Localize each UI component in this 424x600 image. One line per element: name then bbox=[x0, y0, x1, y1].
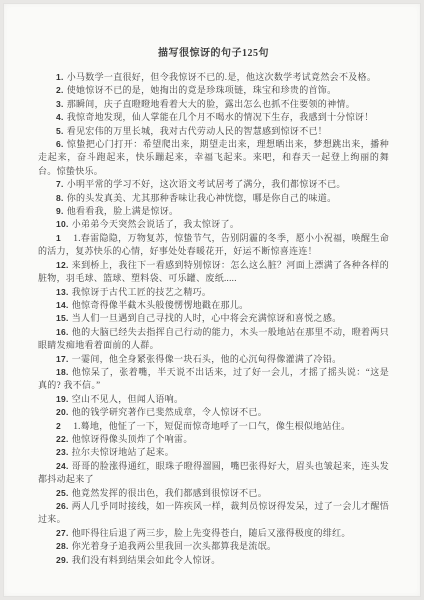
sentence-item: 18.他惊呆了，张着嘴，半天说不出话来，过了好一会儿，才摇了摇头说：“这是真的?… bbox=[38, 366, 389, 393]
sentence-text: 他惊呆了，张着嘴，半天说不出话来，过了好一会儿，才摇了摇头说：“这是真的? 我不… bbox=[38, 367, 389, 390]
sentence-number: 25. bbox=[56, 488, 69, 498]
sentence-item: 14.他惊奇得像半截木头般傻愣愣地戳在那儿。 bbox=[38, 299, 389, 312]
sentence-item: 23.拉尔夫惊讶地站了起来。 bbox=[38, 446, 389, 459]
sentence-item: 7.小明平常的学习不好，这次语文考试居考了满分，我们都惊讶不已。 bbox=[38, 178, 389, 191]
sentence-number: 1. bbox=[56, 72, 64, 82]
sentence-text: 拉尔夫惊讶地站了起来。 bbox=[72, 447, 174, 457]
sentence-number: 17. bbox=[56, 354, 69, 364]
sentence-number: 3. bbox=[56, 99, 64, 109]
sentence-number: 10. bbox=[56, 219, 69, 229]
sentence-text: 他惊奇得像半截木头般傻愣愣地戳在那儿。 bbox=[72, 300, 249, 310]
sentence-number: 6. bbox=[56, 139, 64, 149]
sentence-item: 28.你光着身子追我两公里我回一次头都算我是流氓。 bbox=[38, 540, 389, 553]
sentence-item: 12.来到桥上，我往下一看感到特别惊讶：怎么这么脏？河面上漂满了各种各样的脏物，… bbox=[38, 259, 389, 286]
sentence-number: 18. bbox=[56, 367, 69, 377]
sentence-text: 他的钱学研究著作已斐然成章，令人惊讶不已。 bbox=[72, 407, 267, 417]
sentence-number: 19. bbox=[56, 394, 69, 404]
sentence-list: 1.小马数学一直很好，但令我惊讶不已的.是，他这次数学考试竟然会不及格。2.使她… bbox=[38, 71, 389, 567]
sentence-number: 28. bbox=[56, 541, 69, 551]
sentence-text: 他惊讶得像头顶炸了个响雷。 bbox=[72, 434, 193, 444]
sentence-item: 6.惊蛰把心门打开：希望爬出来，期望走出来，理想晒出来，梦想跳出来，播种走起来，… bbox=[38, 138, 389, 178]
sentence-item: 1.小马数学一直很好，但令我惊讶不已的.是，他这次数学考试竟然会不及格。 bbox=[38, 71, 389, 84]
sentence-number: 2 bbox=[56, 421, 61, 431]
sentence-text: 看见宏伟的万里长城，我对古代劳动人民的智慧感到惊讶不已！ bbox=[67, 126, 327, 136]
sentence-item: 2.使她惊讶不已的是，她掏出的竟是珍珠项链，珠宝和珍贵的首饰。 bbox=[38, 84, 389, 97]
sentence-number: 9. bbox=[56, 206, 64, 216]
sentence-text: 我们没有料到结果会如此令人惊讶。 bbox=[72, 555, 221, 565]
sentence-number: 8. bbox=[56, 193, 64, 203]
sentence-number: 24. bbox=[56, 461, 69, 471]
sentence-text: 我惊奇地发现，仙人掌能在几个月不喝水的情况下生存，我感到十分惊讶！ bbox=[67, 112, 374, 122]
sentence-item: 1 1.春雷隐隐，万物复苏，惊蛰节气，告别阴霾的冬季，愿小小祝福，唤醒生命的活力… bbox=[38, 232, 389, 259]
sentence-item: 16.他的大脑已经失去指挥自己行动的能力，木头一般地站在那里不动，瞪着两只眼睛发… bbox=[38, 326, 389, 353]
sentence-text: 他的大脑已经失去指挥自己行动的能力，木头一般地站在那里不动，瞪着两只眼睛发痴地看… bbox=[38, 327, 389, 350]
sentence-item: 4.我惊奇地发现，仙人掌能在几个月不喝水的情况下生存，我感到十分惊讶！ bbox=[38, 111, 389, 124]
sentence-text: 来到桥上，我往下一看感到特别惊讶：怎么这么脏？河面上漂满了各种各样的脏物，羽毛球… bbox=[38, 260, 389, 283]
sentence-number: 4. bbox=[56, 112, 64, 122]
sentence-item: 29.我们没有料到结果会如此令人惊讶。 bbox=[38, 554, 389, 567]
sentence-item: 25.他竟然发挥的很出色，我们都感到很惊讶不已。 bbox=[38, 487, 389, 500]
sentence-number: 5. bbox=[56, 126, 64, 136]
sentence-number: 22. bbox=[56, 434, 69, 444]
sentence-number: 12. bbox=[56, 260, 69, 270]
sentence-item: 15.当人们一旦遇到自己寻找的人时，心中将会充满惊讶和喜悦之感。 bbox=[38, 312, 389, 325]
sentence-number: 7. bbox=[56, 179, 64, 189]
sentence-item: 9.他看看我，脸上满是惊讶。 bbox=[38, 205, 389, 218]
sentence-number: 27. bbox=[56, 528, 69, 538]
sentence-text: 空山不见人，但闻人语响。 bbox=[72, 394, 184, 404]
sentence-item: 10.小弟弟今天突然会说话了，我太惊讶了。 bbox=[38, 218, 389, 231]
sentence-item: 20.他的钱学研究著作已斐然成章，令人惊讶不已。 bbox=[38, 406, 389, 419]
sentence-text: 惊蛰把心门打开：希望爬出来，期望走出来，理想晒出来，梦想跳出来，播种走起来，奋斗… bbox=[38, 139, 389, 176]
sentence-item: 24.哥哥的脸涨得通红，眼珠子瞪得溜圆，嘴巴张得好大，眉头也皱起来，连头发都抖动… bbox=[38, 460, 389, 487]
sentence-item: 8.你的头发真美、尤其那种香味让我心神恍惚，哪是你自己的味道。 bbox=[38, 192, 389, 205]
sentence-text: 小马数学一直很好，但令我惊讶不已的.是，他这次数学考试竟然会不及格。 bbox=[67, 72, 376, 82]
sentence-text: 哥哥的脸涨得通红，眼珠子瞪得溜圆，嘴巴张得好大，眉头也皱起来，连头发都抖动起来了 bbox=[38, 461, 389, 484]
sentence-text: 那瞬间，庆子直瞪瞪地看着大大的脸，露出怎么也抓不住要领的神情。 bbox=[67, 99, 355, 109]
sentence-text: 你的头发真美、尤其那种香味让我心神恍惚，哪是你自己的味道。 bbox=[67, 193, 337, 203]
document-title: 描写很惊讶的句子125句 bbox=[38, 44, 389, 59]
sentence-item: 17.一霎间，他全身紧张得像一块石头，他的心沉甸得像灌满了冷铅。 bbox=[38, 353, 389, 366]
sentence-number: 20. bbox=[56, 407, 69, 417]
sentence-text: 我惊讶于古代工匠的技艺之精巧。 bbox=[72, 287, 212, 297]
sentence-text: 1.蓦地，他怔了一下，短促而惊奇地呼了一口气，像生根似地站住。 bbox=[64, 421, 350, 431]
sentence-number: 2. bbox=[56, 85, 64, 95]
sentence-text: 你光着身子追我两公里我回一次头都算我是流氓。 bbox=[72, 541, 277, 551]
sentence-item: 3.那瞬间，庆子直瞪瞪地看着大大的脸，露出怎么也抓不住要领的神情。 bbox=[38, 98, 389, 111]
sentence-text: 他看看我，脸上满是惊讶。 bbox=[67, 206, 179, 216]
sentence-text: 使她惊讶不已的是，她掏出的竟是珍珠项链，珠宝和珍贵的首饰。 bbox=[67, 85, 337, 95]
sentence-text: 两人几乎同时接线，如一阵疾风一样，裁判员惊讶得发呆，过了一会儿才醒悟过来。 bbox=[38, 501, 389, 524]
sentence-number: 29. bbox=[56, 555, 69, 565]
sentence-number: 26. bbox=[56, 501, 69, 511]
sentence-text: 他吓得往后退了两三步，脸上先变得苍白，随后又涨得极度的绯红。 bbox=[72, 528, 351, 538]
sentence-item: 5.看见宏伟的万里长城，我对古代劳动人民的智慧感到惊讶不已！ bbox=[38, 125, 389, 138]
sentence-number: 14. bbox=[56, 300, 69, 310]
sentence-item: 19.空山不见人，但闻人语响。 bbox=[38, 393, 389, 406]
sentence-item: 26.两人几乎同时接线，如一阵疾风一样，裁判员惊讶得发呆，过了一会儿才醒悟过来。 bbox=[38, 500, 389, 527]
sentence-text: 他竟然发挥的很出色，我们都感到很惊讶不已。 bbox=[72, 488, 267, 498]
sentence-item: 22.他惊讶得像头顶炸了个响雷。 bbox=[38, 433, 389, 446]
sentence-item: 2 1.蓦地，他怔了一下，短促而惊奇地呼了一口气，像生根似地站住。 bbox=[38, 420, 389, 433]
document-page: 描写很惊讶的句子125句 1.小马数学一直很好，但令我惊讶不已的.是，他这次数学… bbox=[3, 3, 421, 597]
sentence-item: 27.他吓得往后退了两三步，脸上先变得苍白，随后又涨得极度的绯红。 bbox=[38, 527, 389, 540]
sentence-number: 13. bbox=[56, 287, 69, 297]
sentence-number: 15. bbox=[56, 313, 69, 323]
sentence-text: 小弟弟今天突然会说话了，我太惊讶了。 bbox=[72, 219, 239, 229]
sentence-text: 小明平常的学习不好，这次语文考试居考了满分，我们都惊讶不已。 bbox=[67, 179, 346, 189]
sentence-text: 1.春雷隐隐，万物复苏，惊蛰节气，告别阴霾的冬季，愿小小祝福，唤醒生命的活力，复… bbox=[38, 233, 389, 256]
sentence-text: 当人们一旦遇到自己寻找的人时，心中将会充满惊讶和喜悦之感。 bbox=[72, 313, 342, 323]
sentence-number: 1 bbox=[56, 233, 61, 243]
sentence-text: 一霎间，他全身紧张得像一块石头，他的心沉甸得像灌满了冷铅。 bbox=[72, 354, 342, 364]
sentence-number: 23. bbox=[56, 447, 69, 457]
sentence-number: 16. bbox=[56, 327, 69, 337]
sentence-item: 13.我惊讶于古代工匠的技艺之精巧。 bbox=[38, 286, 389, 299]
